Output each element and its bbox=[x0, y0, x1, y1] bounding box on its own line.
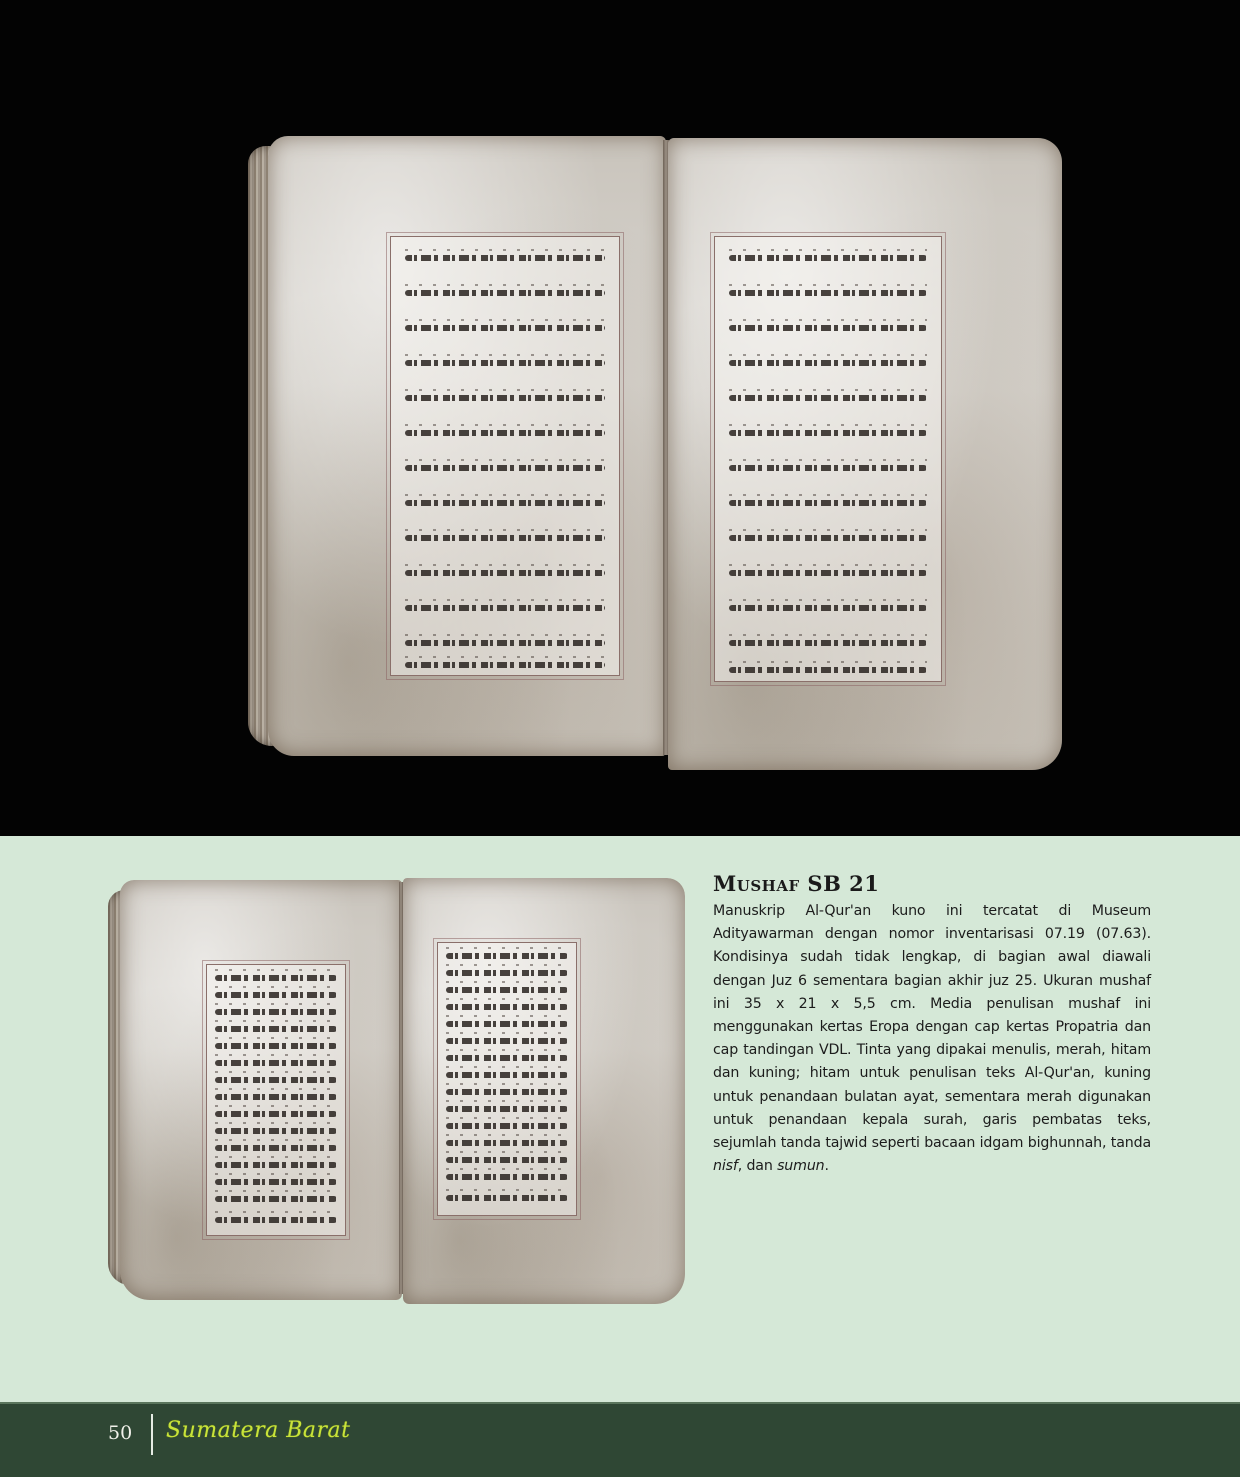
caption-italic-term: nisf bbox=[713, 1158, 738, 1174]
caption-text: , dan bbox=[738, 1158, 777, 1174]
right-page-text-frame bbox=[714, 236, 942, 682]
manuscript-caption: Mushaf SB 21 Manuskrip Al-Qur'an kuno in… bbox=[713, 870, 1151, 1178]
page-number: 50 bbox=[108, 1422, 132, 1444]
caption-text: Manuskrip Al-Qur'an kuno ini tercatat di… bbox=[713, 903, 1151, 1151]
manuscript-left-page bbox=[120, 880, 402, 1300]
caption-text: . bbox=[825, 1158, 829, 1174]
caption-italic-term: sumun bbox=[777, 1158, 824, 1174]
footer-region-title: Sumatera Barat bbox=[166, 1418, 350, 1443]
manuscript-open-book bbox=[246, 128, 1066, 778]
right-page-text-frame bbox=[437, 942, 577, 1216]
page-footer: 50 Sumatera Barat bbox=[0, 1402, 1240, 1477]
footer-divider bbox=[151, 1414, 153, 1455]
manuscript-right-page bbox=[668, 138, 1062, 770]
hero-manuscript-photo bbox=[0, 0, 1240, 836]
manuscript-right-page bbox=[403, 878, 685, 1304]
caption-body: Manuskrip Al-Qur'an kuno ini tercatat di… bbox=[713, 900, 1151, 1178]
inset-manuscript-photo bbox=[108, 872, 688, 1304]
manuscript-left-page bbox=[268, 136, 666, 756]
caption-title: Mushaf SB 21 bbox=[713, 870, 1151, 898]
left-page-text-frame bbox=[206, 964, 346, 1236]
left-page-text-frame bbox=[390, 236, 620, 676]
